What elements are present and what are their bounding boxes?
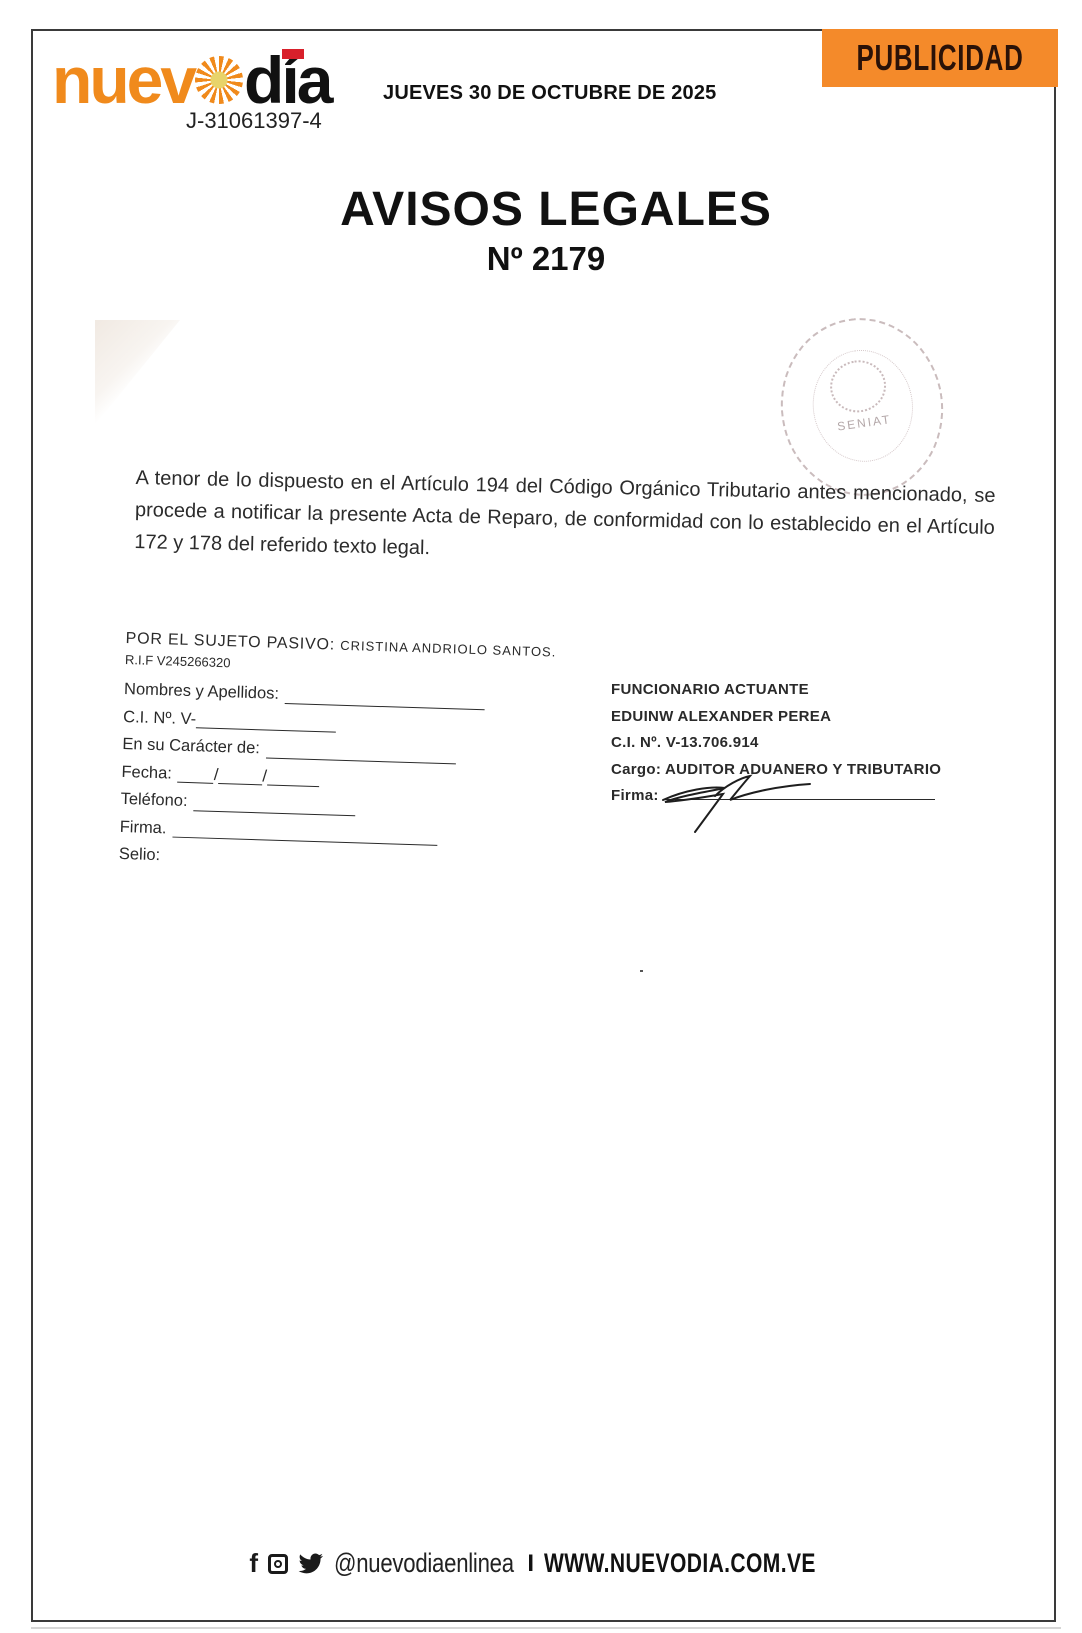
publication-date: JUEVES 30 DE OCTUBRE DE 2025 — [383, 82, 717, 105]
sun-emblem-icon — [195, 56, 243, 104]
facebook-icon[interactable]: f — [249, 1548, 258, 1579]
blank-line — [266, 756, 456, 764]
logo-accent-bar — [282, 49, 304, 59]
funcionario-name: EDUINW ALEXANDER PEREA — [611, 704, 941, 731]
section-badge-label: PUBLICIDAD — [856, 37, 1023, 79]
blank-line — [196, 726, 336, 732]
footer-social: f @nuevodiaenlinea I WWW.NUEVODIA.COM.VE — [0, 1548, 1082, 1579]
funcionario-heading: FUNCIONARIO ACTUANTE — [611, 677, 941, 704]
company-rif: J-31061397-4 — [186, 108, 322, 134]
blank-line — [178, 781, 214, 784]
footer-separator: I — [527, 1550, 534, 1578]
instagram-icon[interactable] — [268, 1554, 288, 1574]
website-link[interactable]: WWW.NUEVODIA.COM.VE — [544, 1548, 816, 1579]
speck — [640, 970, 643, 972]
notice-paragraph: A tenor de lo dispuesto en el Artículo 1… — [134, 462, 996, 576]
blank-line — [193, 809, 355, 816]
social-handle[interactable]: @nuevodiaenlinea — [334, 1548, 514, 1579]
funcionario-ci: C.I. Nº. V-13.706.914 — [611, 730, 941, 757]
sujeto-pasivo-block: POR EL SUJETO PASIVO: CRISTINA ANDRIOLO … — [118, 628, 595, 883]
blank-line — [218, 782, 262, 785]
notice-number: Nº 2179 — [0, 240, 1082, 278]
frame-shadow — [31, 1627, 1061, 1629]
blank-line — [267, 784, 319, 788]
handwritten-signature-icon — [655, 772, 815, 834]
logo-text-black: día — [244, 50, 330, 110]
page-title: AVISOS LEGALES — [0, 182, 1082, 237]
taxpayer-name: CRISTINA ANDRIOLO SANTOS. — [340, 638, 557, 660]
twitter-icon[interactable] — [298, 1553, 324, 1575]
section-badge: PUBLICIDAD — [822, 29, 1058, 87]
logo-text-orange: nuev — [52, 50, 194, 110]
newspaper-logo: nuev día — [52, 50, 330, 110]
